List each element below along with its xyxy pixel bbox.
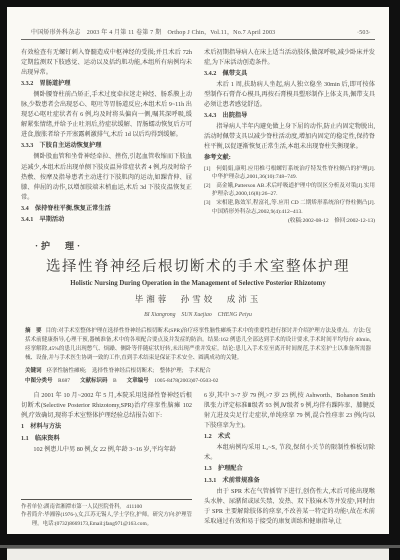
references-heading: 参考文献: — [204, 153, 375, 163]
abstract-block: 摘 要目的:对手术室整体护理在选择性脊神经后根切断术(SPR)治疗痉挛性脑性瘫痪… — [25, 327, 371, 364]
reference-item: [2] 高金娥,Patterson AB.术后呼吸道护理中的误区分析及对策[J]… — [204, 182, 375, 199]
section-heading: 1.2 术式 — [204, 432, 375, 442]
received-revised-dates: (收稿:2002-08-12 修回:2002-12-13) — [204, 217, 375, 226]
keywords-text: 痉挛性脑性瘫痪; 选择性脊神经后根切断术; 整体护理; 手术配合 — [47, 368, 211, 374]
bottom-left-column: 自 2001 年 10 月~2002 年 5 月,本院采用选择性脊神经后根切断术… — [21, 391, 192, 529]
body-paragraph: 6 岁,其中 3~7 岁 79 例,>7 岁 23 例,按 Ashworth、B… — [204, 391, 375, 431]
page-number: ·503· — [357, 30, 371, 36]
article-id-value: 1005-8478(2003)07-0503-02 — [154, 378, 218, 384]
reference-item: [3] 宋相建,陈效军,程富礼,等.应用 CD 二期矫形系统治疗脊柱侧凸[J].… — [204, 199, 375, 216]
body-paragraph: 自 2001 年 10 月~2002 年 5 月,本院采用选择性脊神经后根切断术… — [21, 391, 192, 421]
body-paragraph: 侧卧股血管和坐骨神经牵拉、挫伤,引起血管收缩而下肢血运减少,本组术后出现单侧下肢… — [21, 152, 192, 202]
classification-line: 中图分类号 R687文献标识码 B文章编号 1005-8478(2003)07-… — [25, 376, 371, 384]
article-title-en: Holistic Nursing During Operation in the… — [21, 280, 375, 287]
section-heading: 1.1 临床资料 — [21, 434, 192, 444]
body-paragraph: 侧卧腰脊柱前凸矫正,手术过度牵拉迷走神经、肠系膜上动脉,少数患者会出现恶心、呕吐… — [21, 90, 192, 140]
journal-page: 中国矫形外科杂志 2003 年 4 月第 11 卷第 7 期 Orthop J … — [7, 7, 389, 534]
top-two-column-text: 有效检查有无螺钉刺入脊髓造成中枢神经的受损;并且术后 72h 定期监测双下肢感觉… — [21, 48, 375, 232]
body-paragraph: 指导病人半年内避免做上身下屈的动作,防止内固定物脱出,活动时佩带支具以减少脊柱活… — [204, 122, 375, 152]
body-paragraph: 术后初期指导病人在床上适当活动肢体,做深呼吸,减少卧床并发症,为下床活动创造条件… — [204, 48, 375, 68]
top-right-column: 术后初期指导病人在床上适当活动肢体,做深呼吸,减少卧床并发症,为下床活动创造条件… — [204, 48, 375, 232]
section-heading: 3.4.1 早期活动 — [21, 215, 192, 225]
section-heading: 3.4 保持脊柱平衡,恢复正常生活 — [21, 204, 192, 214]
keywords-label: 关键词 — [25, 368, 42, 374]
section-heading: 3.4.3 出院指导 — [204, 111, 375, 121]
keywords-line: 关键词痉挛性脑性瘫痪; 选择性脊神经后根切断术; 整体护理; 手术配合 — [25, 366, 371, 374]
body-paragraph: 术后 1 周,扶助病人坐起,病人独立稳坐 30min 后,即可按体型制作石膏背心… — [204, 80, 375, 110]
body-paragraph: 由于 SPR 术在气管插管下进行,创伤性大,术后可能出现喉头水肿、尿潴留或尿失禁… — [204, 487, 375, 527]
authors-pinyin: BI Xiangrong SUN Xuejiao CHENG Peiyu — [21, 309, 375, 318]
section-heading: 3.3.2 胃肠道护理 — [21, 79, 192, 89]
body-paragraph: 本组病例均采用 L₂~S₁ 节段,保留小关节的限制性椎板切除术。 — [204, 443, 375, 463]
section-heading: 1 材料与方法 — [21, 422, 192, 432]
body-paragraph: 102 例患儿中男 80 例,女 22 例,年龄 3~16 岁,平均年龄 — [21, 445, 192, 455]
section-heading: 1.3.1 术前常规准备 — [204, 476, 375, 486]
doc-code-value: B — [113, 378, 117, 384]
section-heading: 3.3.3 下肢自主运动恢复护理 — [21, 141, 192, 151]
body-paragraph: 有效检查有无螺钉刺入脊髓造成中枢神经的受损;并且术后 72h 定期监测双下肢感觉… — [21, 48, 192, 78]
article-id-label: 文章编号 — [127, 378, 149, 384]
next-page-edge — [7, 548, 389, 560]
scanned-journal-page: { "colors": { "page_bg": "#faf9f4", "fra… — [0, 0, 400, 560]
section-heading: 1.3 护理配合 — [204, 464, 375, 474]
article-title-cn: 选择性脊神经后根切断术的手术室整体护理 — [21, 255, 375, 276]
abstract-text: 目的:对手术室整体护理在选择性脊神经后根切断术(SPR)治疗痉挛性脑性瘫痪手术中… — [25, 328, 371, 361]
author-footnote: 作者单位:湖南省湘潭市第一人民医院骨科, 411100 作者简介:毕湘蓉(197… — [21, 499, 192, 528]
abstract-label: 摘 要 — [25, 328, 42, 334]
section-heading: 3.4.2 佩带支具 — [204, 69, 375, 79]
authors-cn: 毕湘蓉 孙雪姣 成沛玉 — [21, 293, 375, 305]
journal-issue-line: 中国矫形外科杂志 2003 年 4 月第 11 卷第 7 期 Orthop J … — [31, 27, 275, 36]
author-affiliation: 作者单位:湖南省湘潭市第一人民医院骨科, 411100 — [21, 503, 192, 511]
running-header: 中国矫形外科杂志 2003 年 4 月第 11 卷第 7 期 Orthop J … — [21, 27, 375, 40]
reference-item: [1] 何娟娟,康明.应用椎弓根螺钉系统治疗特发性脊柱侧凸的护理[J].中华护理… — [204, 165, 375, 182]
bottom-right-column: 6 岁,其中 3~7 岁 79 例,>7 岁 23 例,按 Ashworth、B… — [204, 391, 375, 529]
author-bio: 作者简介:毕湘蓉(1976-),女,江苏无锡人,学士学位,护师。研究方向:护理管… — [21, 511, 192, 528]
clc-value: R687 — [58, 378, 70, 384]
bottom-two-column-text: 自 2001 年 10 月~2002 年 5 月,本院采用选择性脊神经后根切断术… — [21, 391, 375, 529]
top-left-column: 有效检查有无螺钉刺入脊髓造成中枢神经的受损;并且术后 72h 定期监测双下肢感觉… — [21, 48, 192, 232]
doc-code-label: 文献标识码 — [80, 378, 108, 384]
clc-label: 中图分类号 — [25, 378, 53, 384]
column-section-label: ·护 理· — [35, 239, 375, 252]
